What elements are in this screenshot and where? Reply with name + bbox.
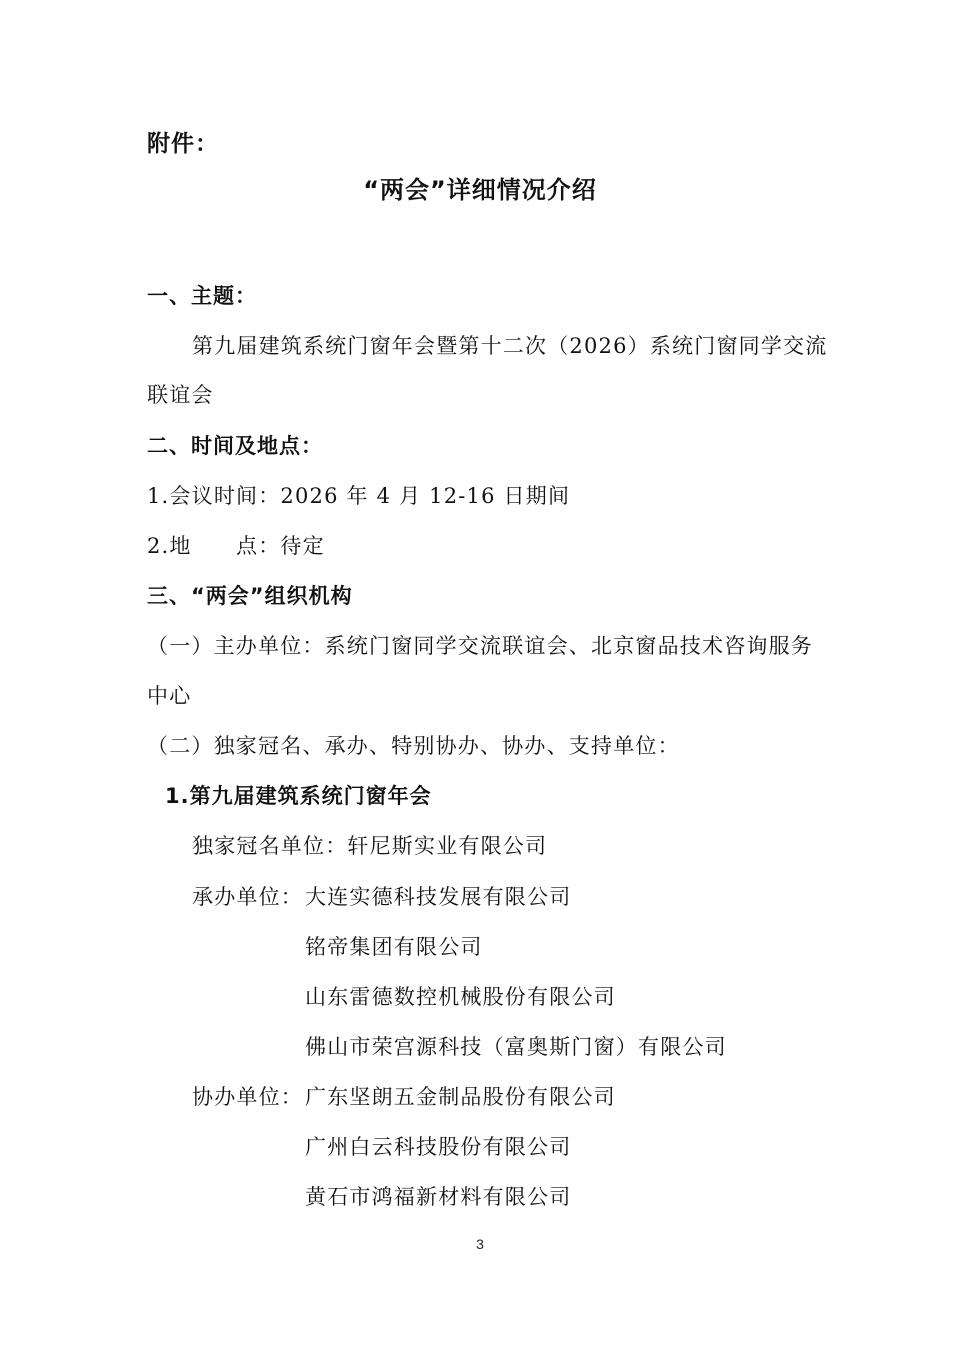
theme-text-line-1: 第九届建筑系统门窗年会暨第十二次（2026）系统门窗同学交流 xyxy=(192,332,827,360)
section-heading-time-place: 二、时间及地点： xyxy=(147,432,323,460)
co-organizer-company: 黄石市鸿福新材料有限公司 xyxy=(305,1183,571,1211)
subsection-heading-annual-meeting: 1.第九届建筑系统门窗年会 xyxy=(165,782,432,810)
host-company: 铭帝集团有限公司 xyxy=(305,933,483,961)
co-organizer-company: 广州白云科技股份有限公司 xyxy=(305,1133,571,1161)
attachment-label: 附件： xyxy=(147,130,219,158)
theme-text-line-2: 联谊会 xyxy=(147,381,214,409)
sponsors-intro: （二）独家冠名、承办、特别协办、协办、支持单位： xyxy=(147,732,680,760)
host-company: 山东雷德数控机械股份有限公司 xyxy=(305,983,616,1011)
section-heading-organization: 三、“两会”组织机构 xyxy=(147,582,353,610)
meeting-place: 2.地 点：待定 xyxy=(147,532,325,560)
title-sponsor-row: 独家冠名单位：轩尼斯实业有限公司 xyxy=(192,832,547,860)
hosts-label: 承办单位： xyxy=(192,883,303,911)
title-sponsor-name: 轩尼斯实业有限公司 xyxy=(347,834,547,858)
meeting-time: 1.会议时间：2026 年 4 月 12-16 日期间 xyxy=(147,482,570,510)
organizer-line-2: 中心 xyxy=(147,682,191,710)
co-organizers-label: 协办单位： xyxy=(192,1083,303,1111)
document-title: “两会”详细情况介绍 xyxy=(0,176,960,204)
title-sponsor-label: 独家冠名单位： xyxy=(192,834,347,858)
section-heading-theme: 一、主题： xyxy=(147,282,257,310)
host-company: 大连实德科技发展有限公司 xyxy=(305,883,571,911)
organizer-line-1: （一）主办单位：系统门窗同学交流联谊会、北京窗品技术咨询服务 xyxy=(147,632,813,660)
host-company: 佛山市荣宫源科技（富奥斯门窗）有限公司 xyxy=(305,1033,727,1061)
co-organizer-company: 广东坚朗五金制品股份有限公司 xyxy=(305,1083,616,1111)
page-number: 3 xyxy=(0,1236,960,1252)
